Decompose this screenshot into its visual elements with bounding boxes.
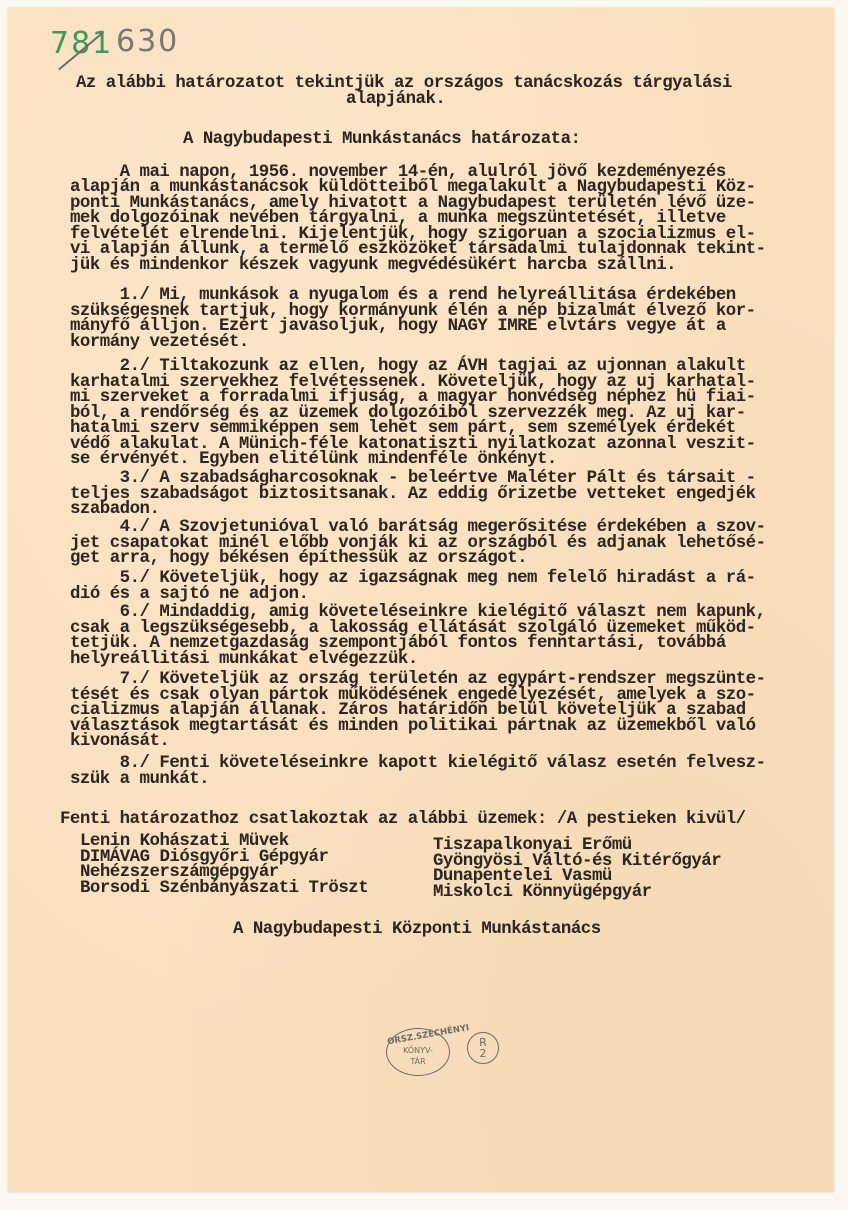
archive-number-old: 781 bbox=[50, 26, 113, 61]
text-line: get arra, hogy békésen építhessük az ors… bbox=[70, 551, 527, 567]
factories-intro: Fenti határozathoz csatlakoztak az alább… bbox=[60, 812, 746, 828]
factory-item: Borsodi Szénbányászati Tröszt bbox=[80, 881, 368, 897]
text-line: se érvényét. Egyben elitélünk mindenféle… bbox=[70, 452, 557, 468]
library-stamp: ORSZ.SZÉCHÉNYI KÖNYV- TÁR bbox=[386, 1028, 450, 1076]
factory-item: Miskolci Könnyügépgyár bbox=[433, 885, 652, 901]
text-line: kivonását. bbox=[70, 734, 169, 750]
text-line: helyreállitási munkákat elvégezzük. bbox=[70, 652, 418, 668]
text-line: kormány vezetését. bbox=[70, 335, 249, 351]
archive-number-new: 630 bbox=[116, 24, 179, 59]
stamp-ring-text: ORSZ.SZÉCHÉNYI bbox=[387, 1027, 450, 1048]
round-stamp-bottom: 2 bbox=[468, 1048, 498, 1059]
text-line: jük és mindenkor készek vagyunk megvédés… bbox=[70, 258, 676, 274]
signature: A Nagybudapesti Központi Munkástanács bbox=[233, 922, 601, 938]
round-stamp: R 2 bbox=[467, 1032, 499, 1064]
stamp-bottom-text: TÁR bbox=[387, 1057, 449, 1066]
text-line: szük a munkát. bbox=[70, 772, 209, 788]
text-line: választások megtartását és minden politi… bbox=[70, 719, 756, 735]
document-page: 781 630 Az alábbi határozatot tekintjük … bbox=[8, 8, 834, 1192]
text-line: szabadon. bbox=[70, 502, 159, 518]
stamp-middle-text: KÖNYV- bbox=[387, 1046, 449, 1055]
resolution-heading: A Nagybudapesti Munkástanács határozata: bbox=[183, 132, 580, 148]
text-line: teljes szabadságot biztositsanak. Az edd… bbox=[70, 487, 756, 503]
text-line: dió és a sajtó ne adjon. bbox=[70, 587, 308, 603]
intro-line-2: alapjának. bbox=[346, 92, 445, 108]
